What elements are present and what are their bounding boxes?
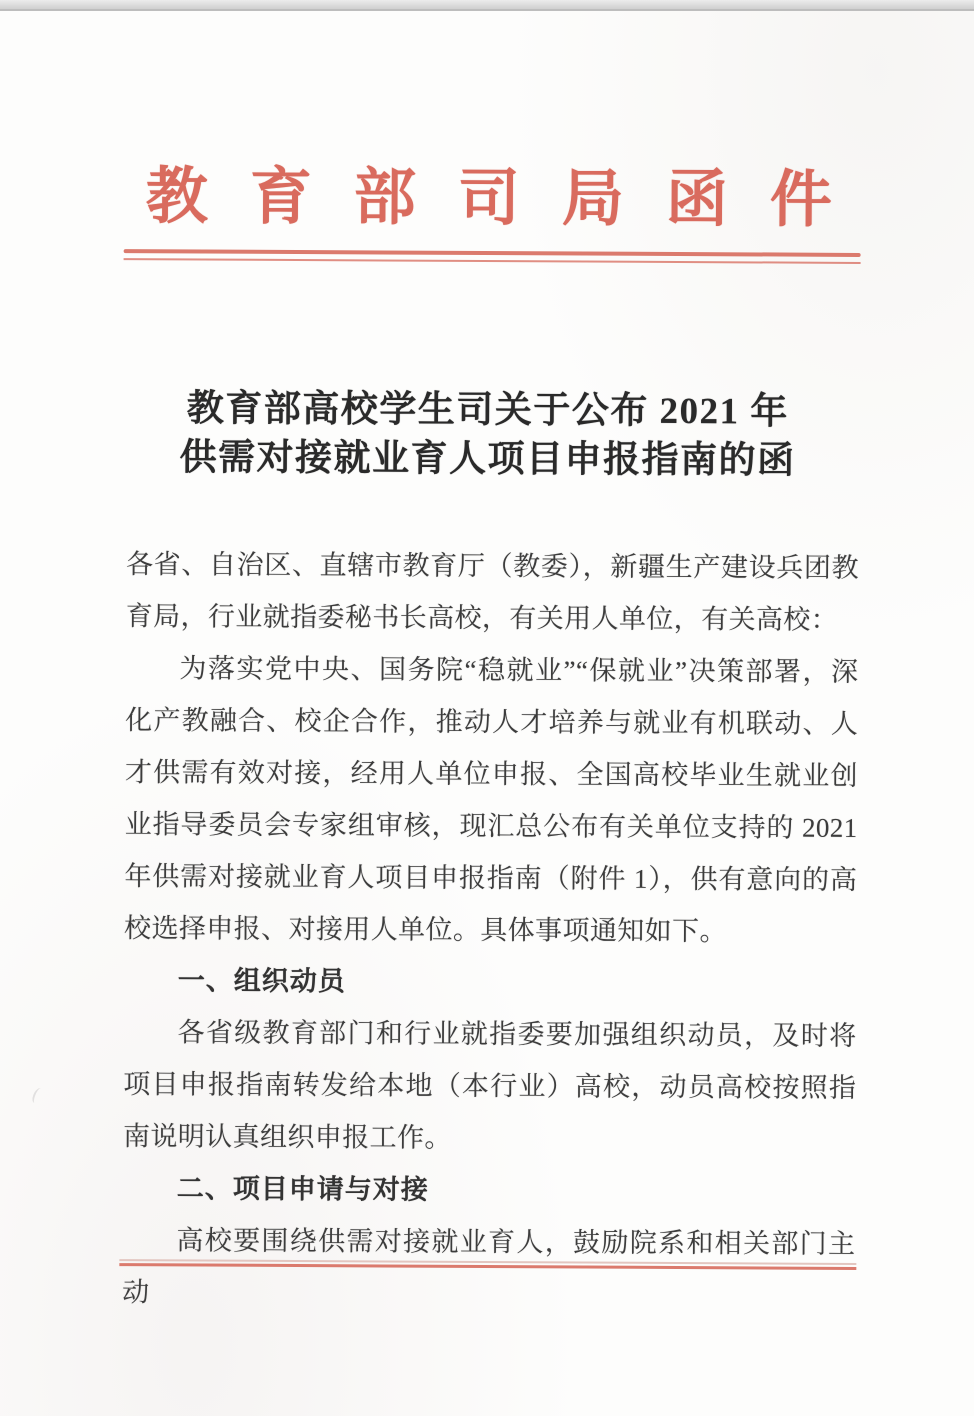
document-title-line-1: 教育部高校学生司关于公布 2021 年 bbox=[1, 383, 974, 437]
letter-body: 各省、自治区、直辖市教育厅（教委），新疆生产建设兵团教育局，行业就指委秘书长高校… bbox=[122, 538, 859, 1322]
paragraph-section-1: 各省级教育部门和行业就指委要加强组织动员，及时将项目申报指南转发给本地（本行业）… bbox=[123, 1006, 857, 1166]
paragraph-preamble: 为落实党中央、国务院“稳就业”“保就业”决策部署，深化产教融合、校企合作，推动人… bbox=[124, 642, 859, 958]
section-heading-2: 二、项目申请与对接 bbox=[123, 1162, 856, 1218]
document-title: 教育部高校学生司关于公布 2021 年 供需对接就业育人项目申报指南的函 bbox=[0, 383, 974, 486]
letter-sheet: 教育部司局函件 教育部高校学生司关于公布 2021 年 供需对接就业育人项目申报… bbox=[0, 0, 974, 1416]
letterhead-rule bbox=[124, 249, 861, 264]
letterhead-rule-thin bbox=[124, 258, 861, 264]
section-heading-1: 一、组织动员 bbox=[124, 954, 857, 1010]
scan-mark-artifact bbox=[31, 1087, 45, 1105]
letterhead-title: 教育部司局函件 bbox=[2, 145, 974, 239]
letterhead-rule-thick bbox=[124, 249, 861, 257]
document-title-line-2: 供需对接就业育人项目申报指南的函 bbox=[0, 432, 974, 486]
salutation: 各省、自治区、直辖市教育厅（教委），新疆生产建设兵团教育局，行业就指委秘书长高校… bbox=[126, 538, 860, 646]
